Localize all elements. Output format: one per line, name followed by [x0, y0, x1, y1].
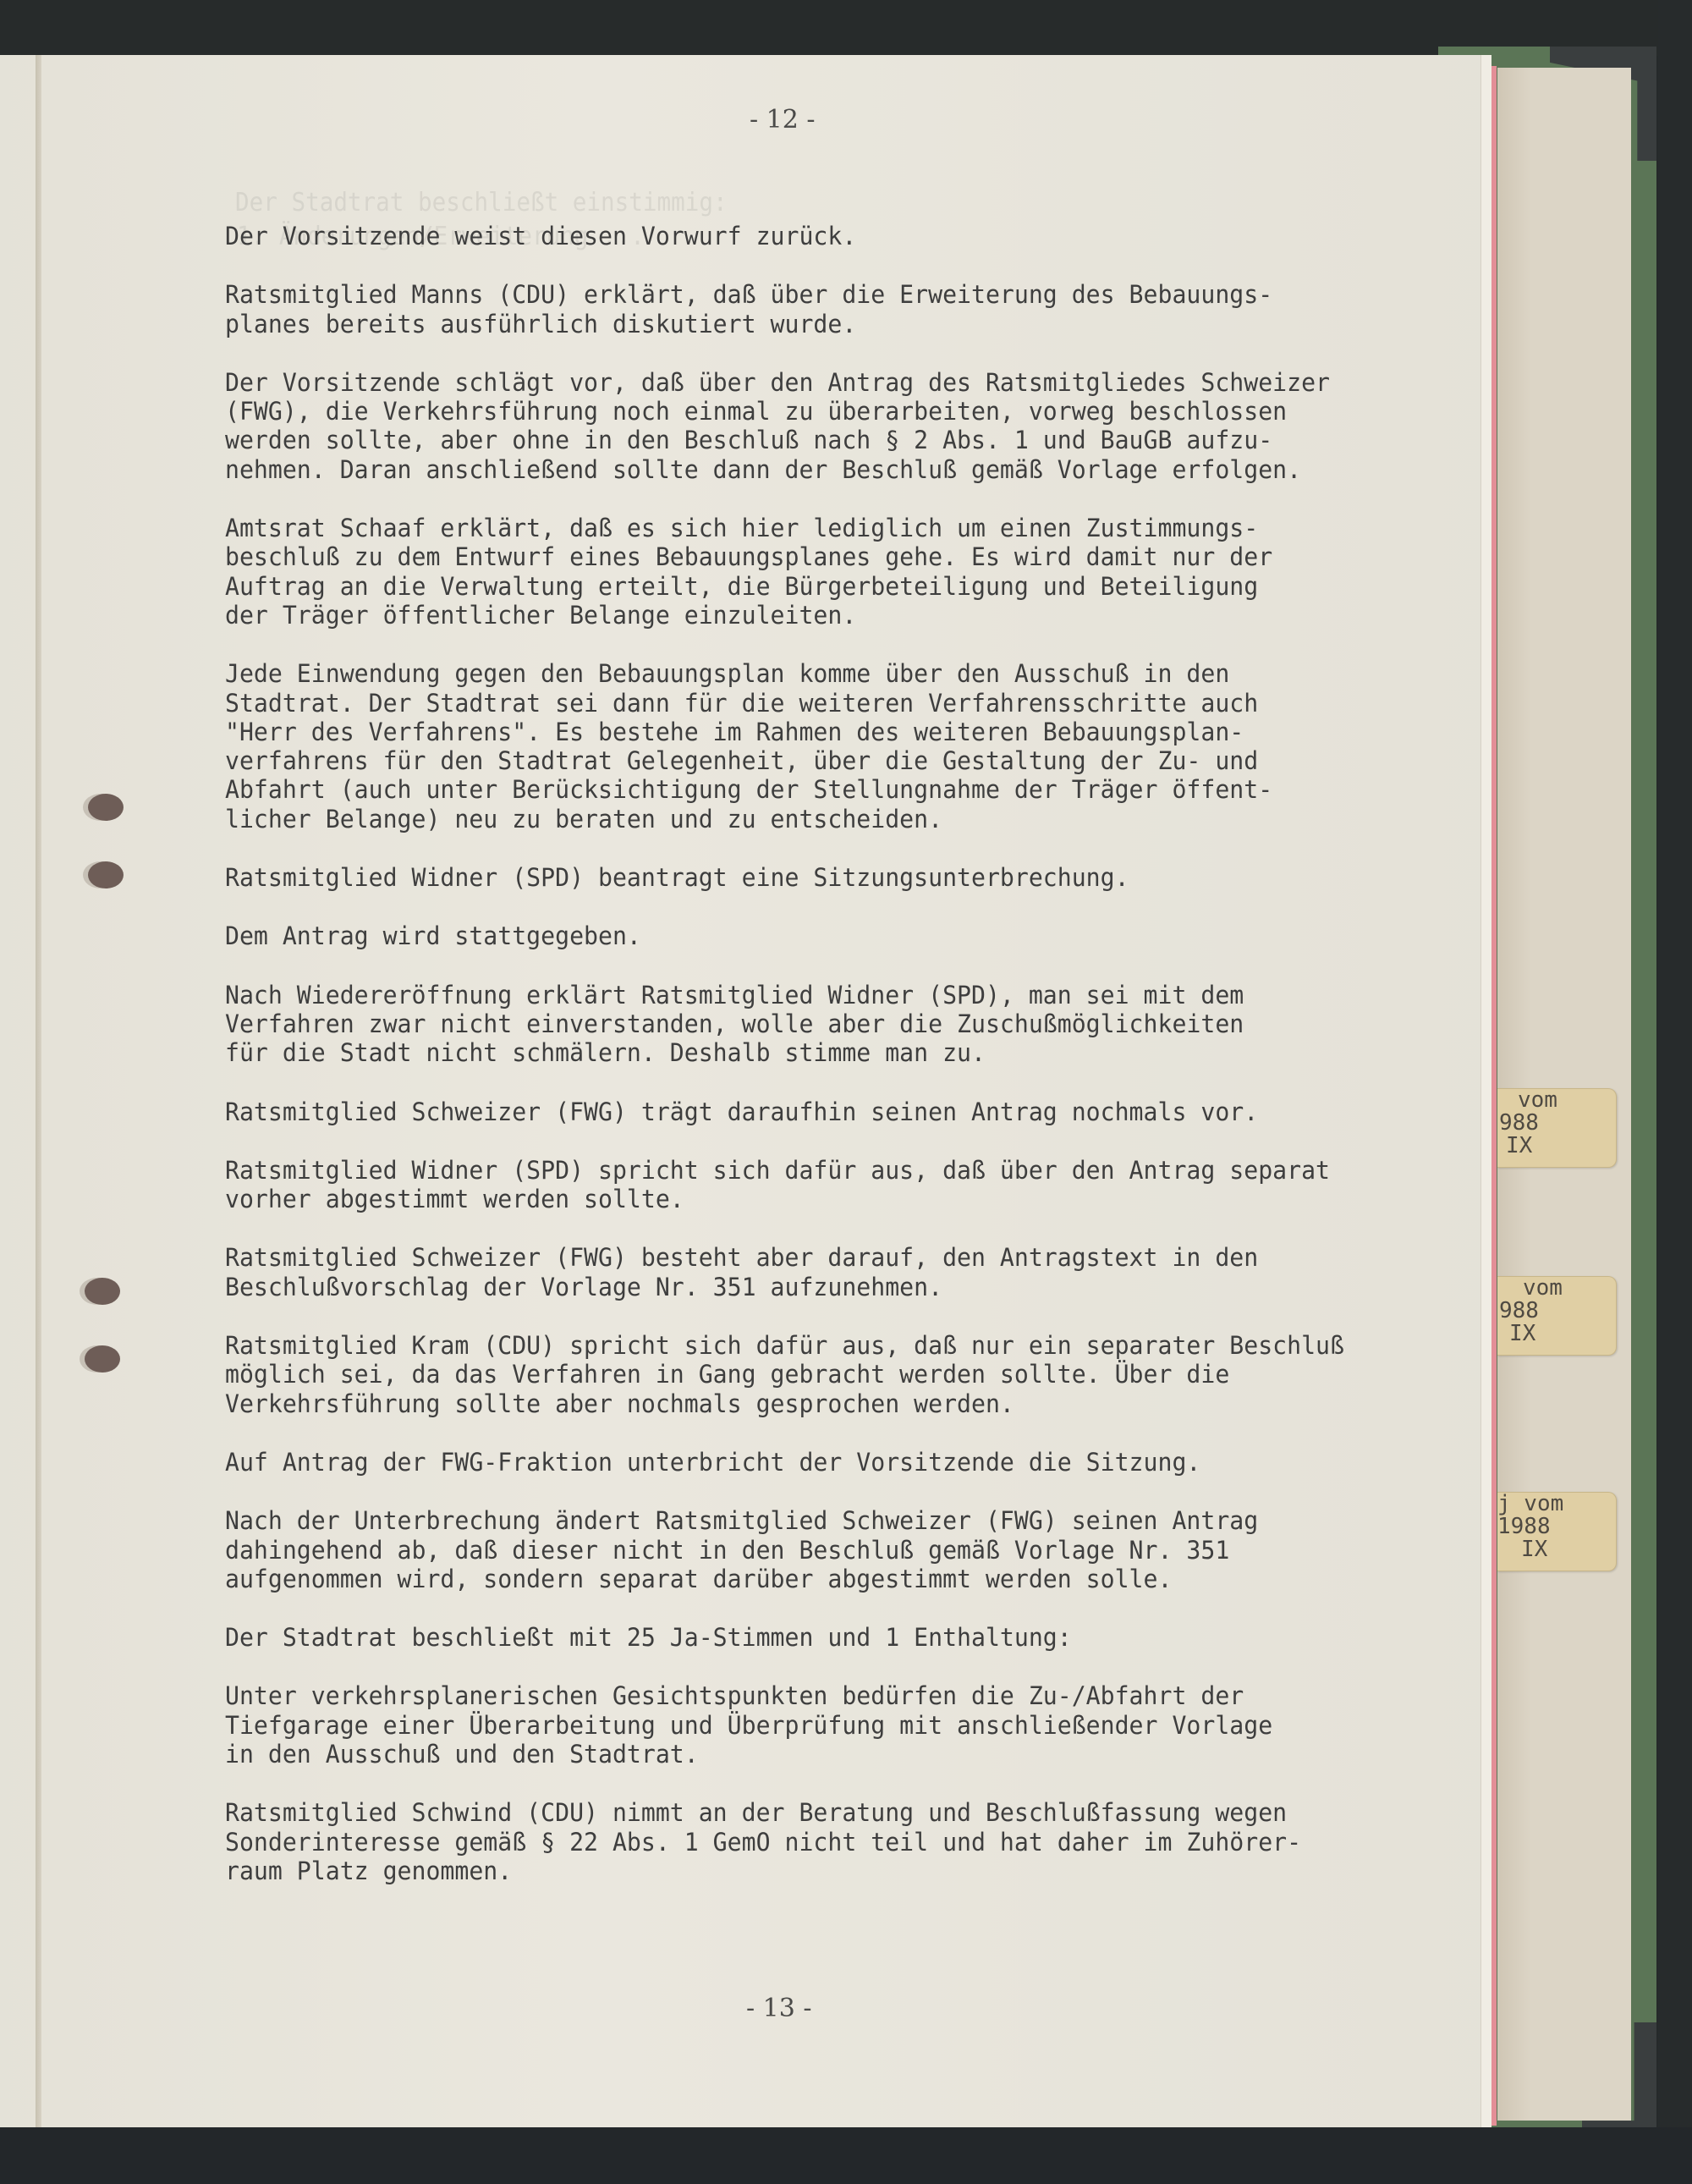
text-line: Auftrag an die Verwaltung erteilt, die B…: [225, 572, 1388, 601]
text-line: Ratsmitglied Schwind (CDU) nimmt an der …: [225, 1798, 1388, 1827]
page-pink-edge: [1491, 66, 1497, 2126]
text-line: Abfahrt (auch unter Berücksichtigung der…: [225, 775, 1388, 804]
page-number-header: - 12 -: [750, 105, 816, 135]
paragraph: Ratsmitglied Schweizer (FWG) besteht abe…: [225, 1243, 1443, 1301]
paragraph: Ratsmitglied Schwind (CDU) nimmt an der …: [225, 1798, 1443, 1885]
text-line: Beschlußvorschlag der Vorlage Nr. 351 au…: [225, 1273, 1388, 1301]
paragraph: Jede Einwendung gegen den Bebauungsplan …: [225, 659, 1443, 833]
text-line: Tiefgarage einer Überarbeitung und Überp…: [225, 1711, 1388, 1740]
paragraph: Ratsmitglied Widner (SPD) beantragt eine…: [225, 863, 1443, 892]
text-line: nehmen. Daran anschließend sollte dann d…: [225, 455, 1388, 484]
text-line: für die Stadt nicht schmälern. Deshalb s…: [225, 1038, 1388, 1067]
tab-line: IX: [1497, 1323, 1616, 1345]
text-line: Der Stadtrat beschließt mit 25 Ja-Stimme…: [225, 1623, 1388, 1652]
text-line: Verfahren zwar nicht einverstanden, woll…: [225, 1009, 1388, 1038]
text-line: Verkehrsführung sollte aber nochmals ges…: [225, 1389, 1388, 1418]
text-line: Dem Antrag wird stattgegeben.: [225, 921, 1388, 950]
text-line: Ratsmitglied Kram (CDU) spricht sich daf…: [225, 1331, 1388, 1360]
tab-line: vom: [1497, 1089, 1616, 1112]
paragraph: Ratsmitglied Schweizer (FWG) trägt darau…: [225, 1098, 1443, 1126]
text-line: Ratsmitglied Schweizer (FWG) trägt darau…: [225, 1098, 1388, 1126]
text-line: Amtsrat Schaaf erklärt, daß es sich hier…: [225, 514, 1388, 542]
paragraph: Ratsmitglied Widner (SPD) spricht sich d…: [225, 1156, 1443, 1214]
paragraph: Ratsmitglied Kram (CDU) spricht sich daf…: [225, 1331, 1443, 1418]
punch-hole: [88, 794, 124, 821]
text-line: Auf Antrag der FWG-Fraktion unterbricht …: [225, 1448, 1388, 1477]
text-line: planes bereits ausführlich diskutiert wu…: [225, 310, 1388, 338]
text-line: raum Platz genommen.: [225, 1857, 1388, 1885]
index-tab[interactable]: vom 988 IX: [1497, 1276, 1617, 1356]
text-line: Nach Wiedereröffnung erklärt Ratsmitglie…: [225, 981, 1388, 1009]
text-line: Nach der Unterbrechung ändert Ratsmitgli…: [225, 1506, 1388, 1535]
text-line: aufgenommen wird, sondern separat darübe…: [225, 1565, 1388, 1593]
text-line: Stadtrat. Der Stadtrat sei dann für die …: [225, 689, 1388, 718]
text-line: Der Vorsitzende weist diesen Vorwurf zur…: [225, 222, 1388, 250]
text-line: Jede Einwendung gegen den Bebauungsplan …: [225, 659, 1388, 688]
paragraph: Unter verkehrsplanerischen Gesichtspunkt…: [225, 1681, 1443, 1769]
bleed-through-text: Der Stadtrat beschließt einstimmig:: [235, 188, 728, 217]
tab-line: 988: [1497, 1300, 1616, 1323]
page-right-edge: [1480, 55, 1491, 2128]
binder-cover-bottom: [0, 2127, 1692, 2184]
paragraph: Der Vorsitzende weist diesen Vorwurf zur…: [225, 222, 1443, 250]
page-fold-line: [36, 55, 41, 2128]
tab-line: 1988: [1497, 1516, 1616, 1538]
punch-hole: [88, 861, 124, 888]
tab-line: j vom: [1497, 1493, 1616, 1516]
text-line: Unter verkehrsplanerischen Gesichtspunkt…: [225, 1681, 1388, 1710]
text-line: dahingehend ab, daß dieser nicht in den …: [225, 1536, 1388, 1565]
text-line: Der Vorsitzende schlägt vor, daß über de…: [225, 368, 1388, 397]
text-line: Sonderinteresse gemäß § 22 Abs. 1 GemO n…: [225, 1828, 1388, 1857]
paragraph: Der Stadtrat beschließt mit 25 Ja-Stimme…: [225, 1623, 1443, 1652]
page-number-footer: - 13 -: [746, 1994, 812, 2023]
text-line: möglich sei, da das Verfahren in Gang ge…: [225, 1360, 1388, 1389]
punch-hole: [85, 1278, 120, 1305]
paragraph: Der Vorsitzende schlägt vor, daß über de…: [225, 368, 1443, 484]
text-line: (FWG), die Verkehrsführung noch einmal z…: [225, 397, 1388, 426]
text-line: vorher abgestimmt werden sollte.: [225, 1185, 1388, 1213]
text-line: Ratsmitglied Widner (SPD) spricht sich d…: [225, 1156, 1388, 1185]
text-line: licher Belange) neu zu beraten und zu en…: [225, 805, 1388, 833]
paragraph: Dem Antrag wird stattgegeben.: [225, 921, 1443, 950]
binder-cover-right: [1658, 0, 1692, 2184]
text-line: beschluß zu dem Entwurf eines Bebauungsp…: [225, 542, 1388, 571]
paragraph: Ratsmitglied Manns (CDU) erklärt, daß üb…: [225, 280, 1443, 338]
paragraph: Auf Antrag der FWG-Fraktion unterbricht …: [225, 1448, 1443, 1477]
tab-line: IX: [1497, 1538, 1616, 1561]
tab-line: IX: [1497, 1135, 1616, 1158]
tab-line: vom: [1497, 1277, 1616, 1300]
text-line: der Träger öffentlicher Belange einzulei…: [225, 601, 1388, 630]
tab-line: 988: [1497, 1112, 1616, 1135]
document-body: Der Vorsitzende weist diesen Vorwurf zur…: [225, 222, 1443, 1915]
text-line: "Herr des Verfahrens". Es bestehe im Rah…: [225, 718, 1388, 746]
text-line: Ratsmitglied Schweizer (FWG) besteht abe…: [225, 1243, 1388, 1272]
paragraph: Nach Wiedereröffnung erklärt Ratsmitglie…: [225, 981, 1443, 1068]
text-line: in den Ausschuß und den Stadtrat.: [225, 1740, 1388, 1769]
paragraph: Nach der Unterbrechung ändert Ratsmitgli…: [225, 1506, 1443, 1593]
paragraph: Amtsrat Schaaf erklärt, daß es sich hier…: [225, 514, 1443, 630]
punch-hole: [85, 1345, 120, 1373]
index-tab[interactable]: vom 988 IX: [1497, 1088, 1617, 1168]
text-line: verfahrens für den Stadtrat Gelegenheit,…: [225, 746, 1388, 775]
text-line: Ratsmitglied Widner (SPD) beantragt eine…: [225, 863, 1388, 892]
index-tab[interactable]: j vom 1988 IX: [1497, 1492, 1617, 1571]
text-line: Ratsmitglied Manns (CDU) erklärt, daß üb…: [225, 280, 1388, 309]
text-line: werden sollte, aber ohne in den Beschluß…: [225, 426, 1388, 454]
